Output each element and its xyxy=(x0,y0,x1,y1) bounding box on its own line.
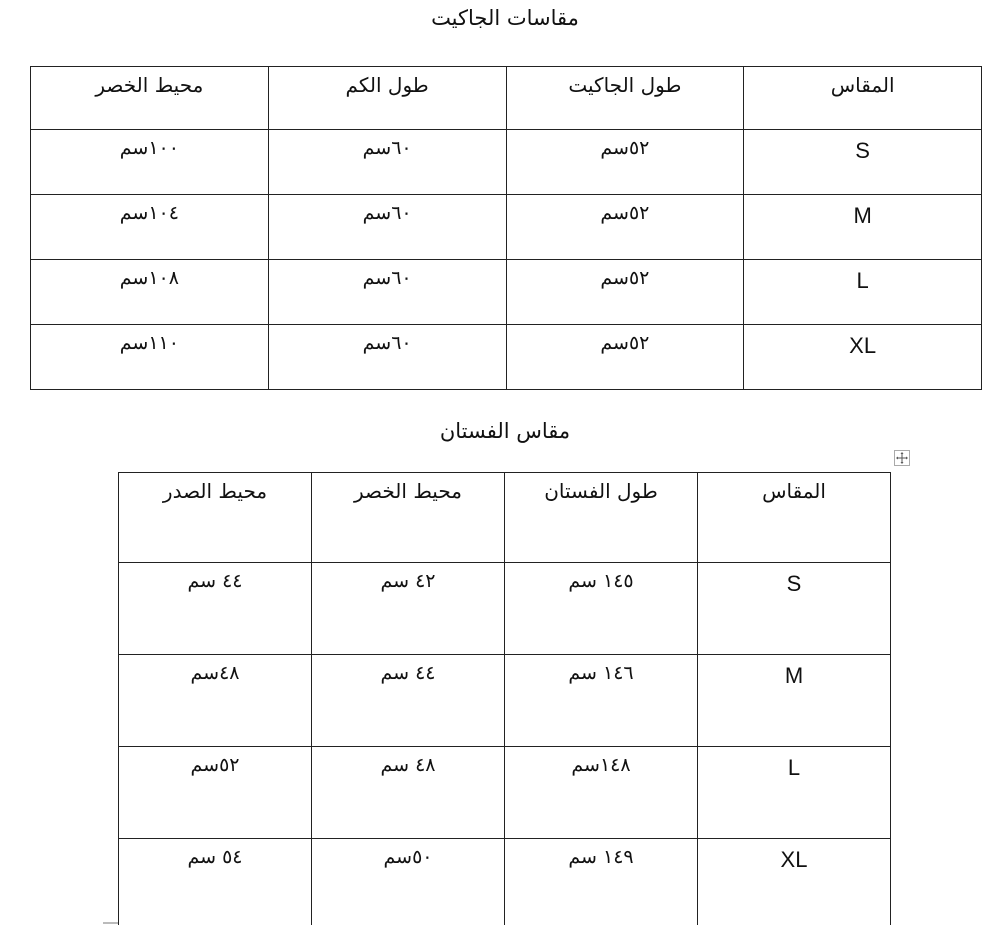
cell-size[interactable]: L xyxy=(744,260,982,325)
jacket-length-value: ٥٢سم xyxy=(507,130,744,160)
cell-jacket-length[interactable]: ٥٢سم xyxy=(506,195,744,260)
table-row: XL ٥٢سم ٦٠سم ١١٠سم xyxy=(31,325,982,390)
table-resize-mark xyxy=(103,922,118,924)
size-value: L xyxy=(744,260,981,293)
table-header-row: المقاس طول الفستان محيط الخصر محيط الصدر xyxy=(119,473,891,563)
dress-length-value: ١٤٨سم xyxy=(505,747,697,777)
cell-size[interactable]: XL xyxy=(698,839,891,925)
dress-table-caption: مقاس الفستان xyxy=(5,419,1000,443)
cell-waist[interactable]: ٤٤ سم xyxy=(312,655,505,747)
cell-size[interactable]: L xyxy=(698,747,891,839)
cell-chest[interactable]: ٥٢سم xyxy=(119,747,312,839)
sleeve-length-value: ٦٠سم xyxy=(269,195,506,225)
sleeve-length-value: ٦٠سم xyxy=(269,325,506,355)
cell-chest[interactable]: ٥٤ سم xyxy=(119,839,312,925)
cell-waist[interactable]: ١٠٤سم xyxy=(31,195,269,260)
cell-sleeve-length[interactable]: ٦٠سم xyxy=(268,260,506,325)
cell-chest[interactable]: ٤٨سم xyxy=(119,655,312,747)
waist-value: ٤٢ سم xyxy=(312,563,504,593)
table-move-handle[interactable] xyxy=(894,450,910,466)
move-arrows-icon xyxy=(895,451,909,465)
cell-size[interactable]: S xyxy=(698,563,891,655)
jacket-size-table: المقاس طول الجاكيت طول الكم محيط الخصر S… xyxy=(30,66,982,390)
cell-dress-length[interactable]: ١٤٩ سم xyxy=(505,839,698,925)
header-label: طول الكم xyxy=(269,67,506,97)
cell-dress-length[interactable]: ١٤٦ سم xyxy=(505,655,698,747)
header-label: المقاس xyxy=(698,473,890,503)
header-cell-sleeve-length[interactable]: طول الكم xyxy=(268,67,506,130)
waist-value: ٤٤ سم xyxy=(312,655,504,685)
table-row: L ٥٢سم ٦٠سم ١٠٨سم xyxy=(31,260,982,325)
header-cell-size[interactable]: المقاس xyxy=(744,67,982,130)
sleeve-length-value: ٦٠سم xyxy=(269,260,506,290)
size-value: XL xyxy=(698,839,890,872)
chest-value: ٥٢سم xyxy=(119,747,311,777)
chest-value: ٤٨سم xyxy=(119,655,311,685)
header-cell-chest[interactable]: محيط الصدر xyxy=(119,473,312,563)
dress-length-value: ١٤٩ سم xyxy=(505,839,697,869)
dress-size-table: المقاس طول الفستان محيط الخصر محيط الصدر… xyxy=(118,472,891,925)
chest-value: ٥٤ سم xyxy=(119,839,311,869)
waist-value: ١٠٤سم xyxy=(31,195,268,225)
sleeve-length-value: ٦٠سم xyxy=(269,130,506,160)
header-label: محيط الصدر xyxy=(119,473,311,503)
header-cell-waist[interactable]: محيط الخصر xyxy=(31,67,269,130)
table-row: L ١٤٨سم ٤٨ سم ٥٢سم xyxy=(119,747,891,839)
waist-value: ٤٨ سم xyxy=(312,747,504,777)
header-cell-dress-length[interactable]: طول الفستان xyxy=(505,473,698,563)
header-cell-jacket-length[interactable]: طول الجاكيت xyxy=(506,67,744,130)
cell-dress-length[interactable]: ١٤٨سم xyxy=(505,747,698,839)
header-cell-size[interactable]: المقاس xyxy=(698,473,891,563)
table-row: M ١٤٦ سم ٤٤ سم ٤٨سم xyxy=(119,655,891,747)
cell-waist[interactable]: ٤٨ سم xyxy=(312,747,505,839)
cell-waist[interactable]: ٥٠سم xyxy=(312,839,505,925)
header-cell-waist[interactable]: محيط الخصر xyxy=(312,473,505,563)
header-label: طول الجاكيت xyxy=(507,67,744,97)
dress-length-value: ١٤٥ سم xyxy=(505,563,697,593)
table-header-row: المقاس طول الجاكيت طول الكم محيط الخصر xyxy=(31,67,982,130)
table-row: XL ١٤٩ سم ٥٠سم ٥٤ سم xyxy=(119,839,891,925)
size-value: S xyxy=(698,563,890,596)
cell-waist[interactable]: ١٠٨سم xyxy=(31,260,269,325)
table-row: M ٥٢سم ٦٠سم ١٠٤سم xyxy=(31,195,982,260)
size-value: M xyxy=(698,655,890,688)
size-value: M xyxy=(744,195,981,228)
waist-value: ١٠٨سم xyxy=(31,260,268,290)
cell-size[interactable]: M xyxy=(698,655,891,747)
chest-value: ٤٤ سم xyxy=(119,563,311,593)
cell-waist[interactable]: ١٠٠سم xyxy=(31,130,269,195)
cell-size[interactable]: S xyxy=(744,130,982,195)
dress-length-value: ١٤٦ سم xyxy=(505,655,697,685)
cell-waist[interactable]: ١١٠سم xyxy=(31,325,269,390)
cell-waist[interactable]: ٤٢ سم xyxy=(312,563,505,655)
size-value: L xyxy=(698,747,890,780)
header-label: محيط الخصر xyxy=(31,67,268,97)
cell-size[interactable]: XL xyxy=(744,325,982,390)
size-value: XL xyxy=(744,325,981,358)
cell-sleeve-length[interactable]: ٦٠سم xyxy=(268,325,506,390)
cell-chest[interactable]: ٤٤ سم xyxy=(119,563,312,655)
header-label: المقاس xyxy=(744,67,981,97)
cell-jacket-length[interactable]: ٥٢سم xyxy=(506,130,744,195)
jacket-table-caption: مقاسات الجاكيت xyxy=(5,6,1000,30)
cell-size[interactable]: M xyxy=(744,195,982,260)
table-row: S ١٤٥ سم ٤٢ سم ٤٤ سم xyxy=(119,563,891,655)
size-value: S xyxy=(744,130,981,163)
cell-jacket-length[interactable]: ٥٢سم xyxy=(506,325,744,390)
jacket-length-value: ٥٢سم xyxy=(507,195,744,225)
header-label: محيط الخصر xyxy=(312,473,504,503)
jacket-length-value: ٥٢سم xyxy=(507,260,744,290)
table-row: S ٥٢سم ٦٠سم ١٠٠سم xyxy=(31,130,982,195)
cell-dress-length[interactable]: ١٤٥ سم xyxy=(505,563,698,655)
waist-value: ١٠٠سم xyxy=(31,130,268,160)
waist-value: ٥٠سم xyxy=(312,839,504,869)
jacket-length-value: ٥٢سم xyxy=(507,325,744,355)
cell-sleeve-length[interactable]: ٦٠سم xyxy=(268,130,506,195)
waist-value: ١١٠سم xyxy=(31,325,268,355)
cell-sleeve-length[interactable]: ٦٠سم xyxy=(268,195,506,260)
cell-jacket-length[interactable]: ٥٢سم xyxy=(506,260,744,325)
header-label: طول الفستان xyxy=(505,473,697,503)
